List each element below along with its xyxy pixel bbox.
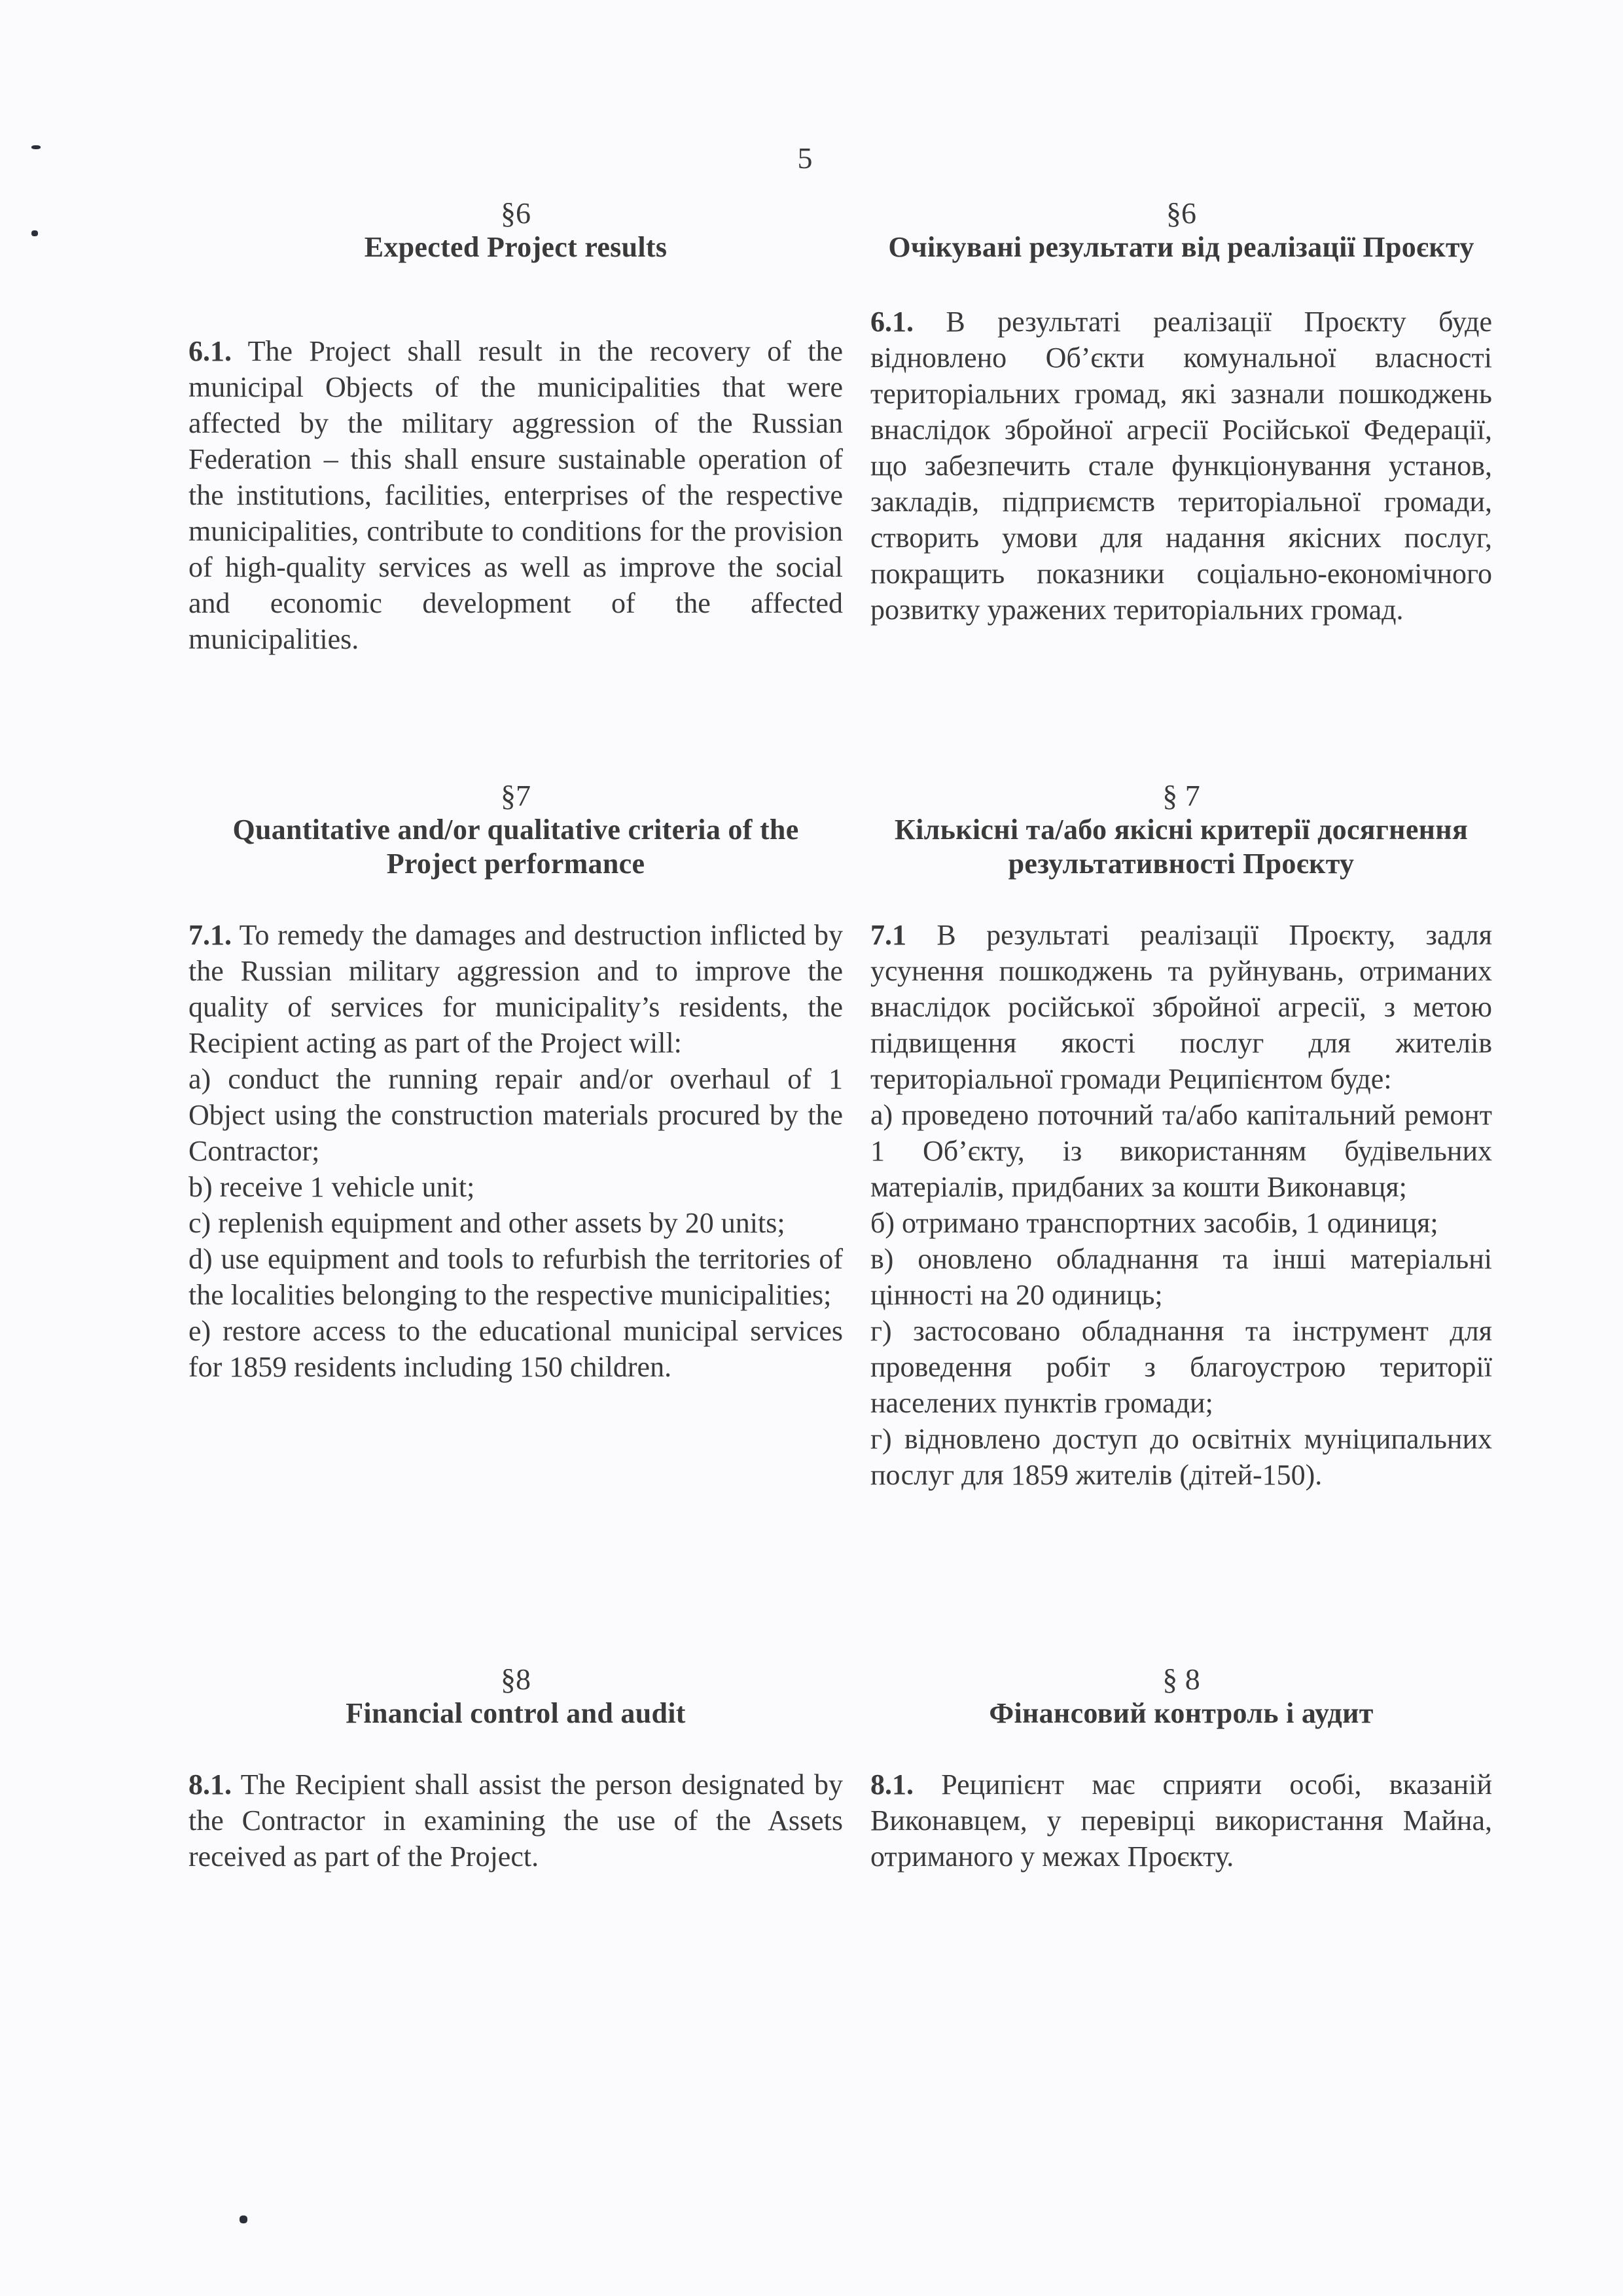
scan-speck — [31, 145, 41, 149]
section-title: Quantitative and/or qualitative criteria… — [188, 813, 843, 881]
clause-7-1: 7.1. To remedy the damages and destructi… — [188, 917, 843, 1061]
list-item: c) replenish equipment and other assets … — [188, 1205, 843, 1241]
section-body: 6.1. В результаті реалізації Проєкту буд… — [870, 304, 1492, 628]
section-number: §7 — [188, 779, 843, 813]
section-body: 7.1. To remedy the damages and destructi… — [188, 917, 843, 1385]
list-item: e) restore access to the educational mun… — [188, 1313, 843, 1385]
section-title: Expected Project results — [188, 230, 843, 264]
section-7-uk: § 7 Кількісні та/або якісні критерії дос… — [870, 779, 1492, 1493]
section-8-en: §8 Financial control and audit 8.1. The … — [188, 1662, 843, 1874]
section-body: 6.1. The Project shall result in the rec… — [188, 333, 843, 657]
clause-text: The Recipient shall assist the person de… — [188, 1768, 843, 1873]
section-heading: §8 Financial control and audit — [188, 1662, 843, 1731]
section-title: Кількісні та/або якісні критерії досягне… — [870, 813, 1492, 881]
clause-number: 8.1. — [188, 1768, 232, 1801]
section-body: 8.1. The Recipient shall assist the pers… — [188, 1767, 843, 1874]
clause-text: В результаті реалізації Проєкту, задля у… — [870, 919, 1492, 1095]
clause-8-1: 8.1. The Recipient shall assist the pers… — [188, 1767, 843, 1874]
section-6-en: §6 Expected Project results 6.1. The Pro… — [188, 196, 843, 657]
section-title: Очікувані результати від реалізації Проє… — [870, 230, 1492, 264]
list-item: а) проведено поточний та/або капітальний… — [870, 1097, 1492, 1205]
clause-7-1: 7.1 В результаті реалізації Проєкту, зад… — [870, 917, 1492, 1097]
section-heading: §7 Quantitative and/or qualitative crite… — [188, 779, 843, 881]
section-number: §8 — [188, 1662, 843, 1696]
clause-number: 6.1. — [188, 335, 232, 367]
list-item: г) застосовано обладнання та інструмент … — [870, 1313, 1492, 1421]
section-number: § 8 — [870, 1662, 1492, 1696]
list-item: a) conduct the running repair and/or ove… — [188, 1061, 843, 1169]
section-number: §6 — [188, 196, 843, 230]
scan-speck — [31, 230, 38, 236]
clause-number: 7.1. — [188, 919, 232, 951]
clause-number: 7.1 — [870, 919, 906, 951]
list-item: б) отримано транспортних засобів, 1 один… — [870, 1205, 1492, 1241]
clause-text: To remedy the damages and destruction in… — [188, 919, 843, 1059]
section-number: § 7 — [870, 779, 1492, 813]
list-item: в) оновлено обладнання та інші матеріаль… — [870, 1241, 1492, 1313]
list-item: b) receive 1 vehicle unit; — [188, 1169, 843, 1205]
section-7-en: §7 Quantitative and/or qualitative crite… — [188, 779, 843, 1385]
clause-number: 8.1. — [870, 1768, 914, 1801]
page-number: 5 — [785, 141, 825, 175]
section-heading: § 8 Фінансовий контроль і аудит — [870, 1662, 1492, 1731]
section-title: Financial control and audit — [188, 1696, 843, 1731]
clause-text: Реципієнт має сприяти особі, вказаній Ви… — [870, 1768, 1492, 1873]
clause-text: В результаті реалізації Проєкту буде від… — [870, 306, 1492, 626]
clause-8-1: 8.1. Реципієнт має сприяти особі, вказан… — [870, 1767, 1492, 1874]
section-8-uk: § 8 Фінансовий контроль і аудит 8.1. Рец… — [870, 1662, 1492, 1874]
scan-speck — [240, 2215, 247, 2223]
section-body: 7.1 В результаті реалізації Проєкту, зад… — [870, 917, 1492, 1493]
list-item: d) use equipment and tools to refurbish … — [188, 1241, 843, 1313]
clause-text: The Project shall result in the recovery… — [188, 335, 843, 655]
section-heading: §6 Очікувані результати від реалізації П… — [870, 196, 1492, 264]
clause-6-1: 6.1. В результаті реалізації Проєкту буд… — [870, 304, 1492, 628]
section-number: §6 — [870, 196, 1492, 230]
section-title: Фінансовий контроль і аудит — [870, 1696, 1492, 1731]
clause-6-1: 6.1. The Project shall result in the rec… — [188, 333, 843, 657]
clause-number: 6.1. — [870, 306, 914, 338]
section-6-uk: §6 Очікувані результати від реалізації П… — [870, 196, 1492, 628]
section-heading: §6 Expected Project results — [188, 196, 843, 264]
section-heading: § 7 Кількісні та/або якісні критерії дос… — [870, 779, 1492, 881]
list-item: г) відновлено доступ до освітніх муніцип… — [870, 1421, 1492, 1493]
section-body: 8.1. Реципієнт має сприяти особі, вказан… — [870, 1767, 1492, 1874]
